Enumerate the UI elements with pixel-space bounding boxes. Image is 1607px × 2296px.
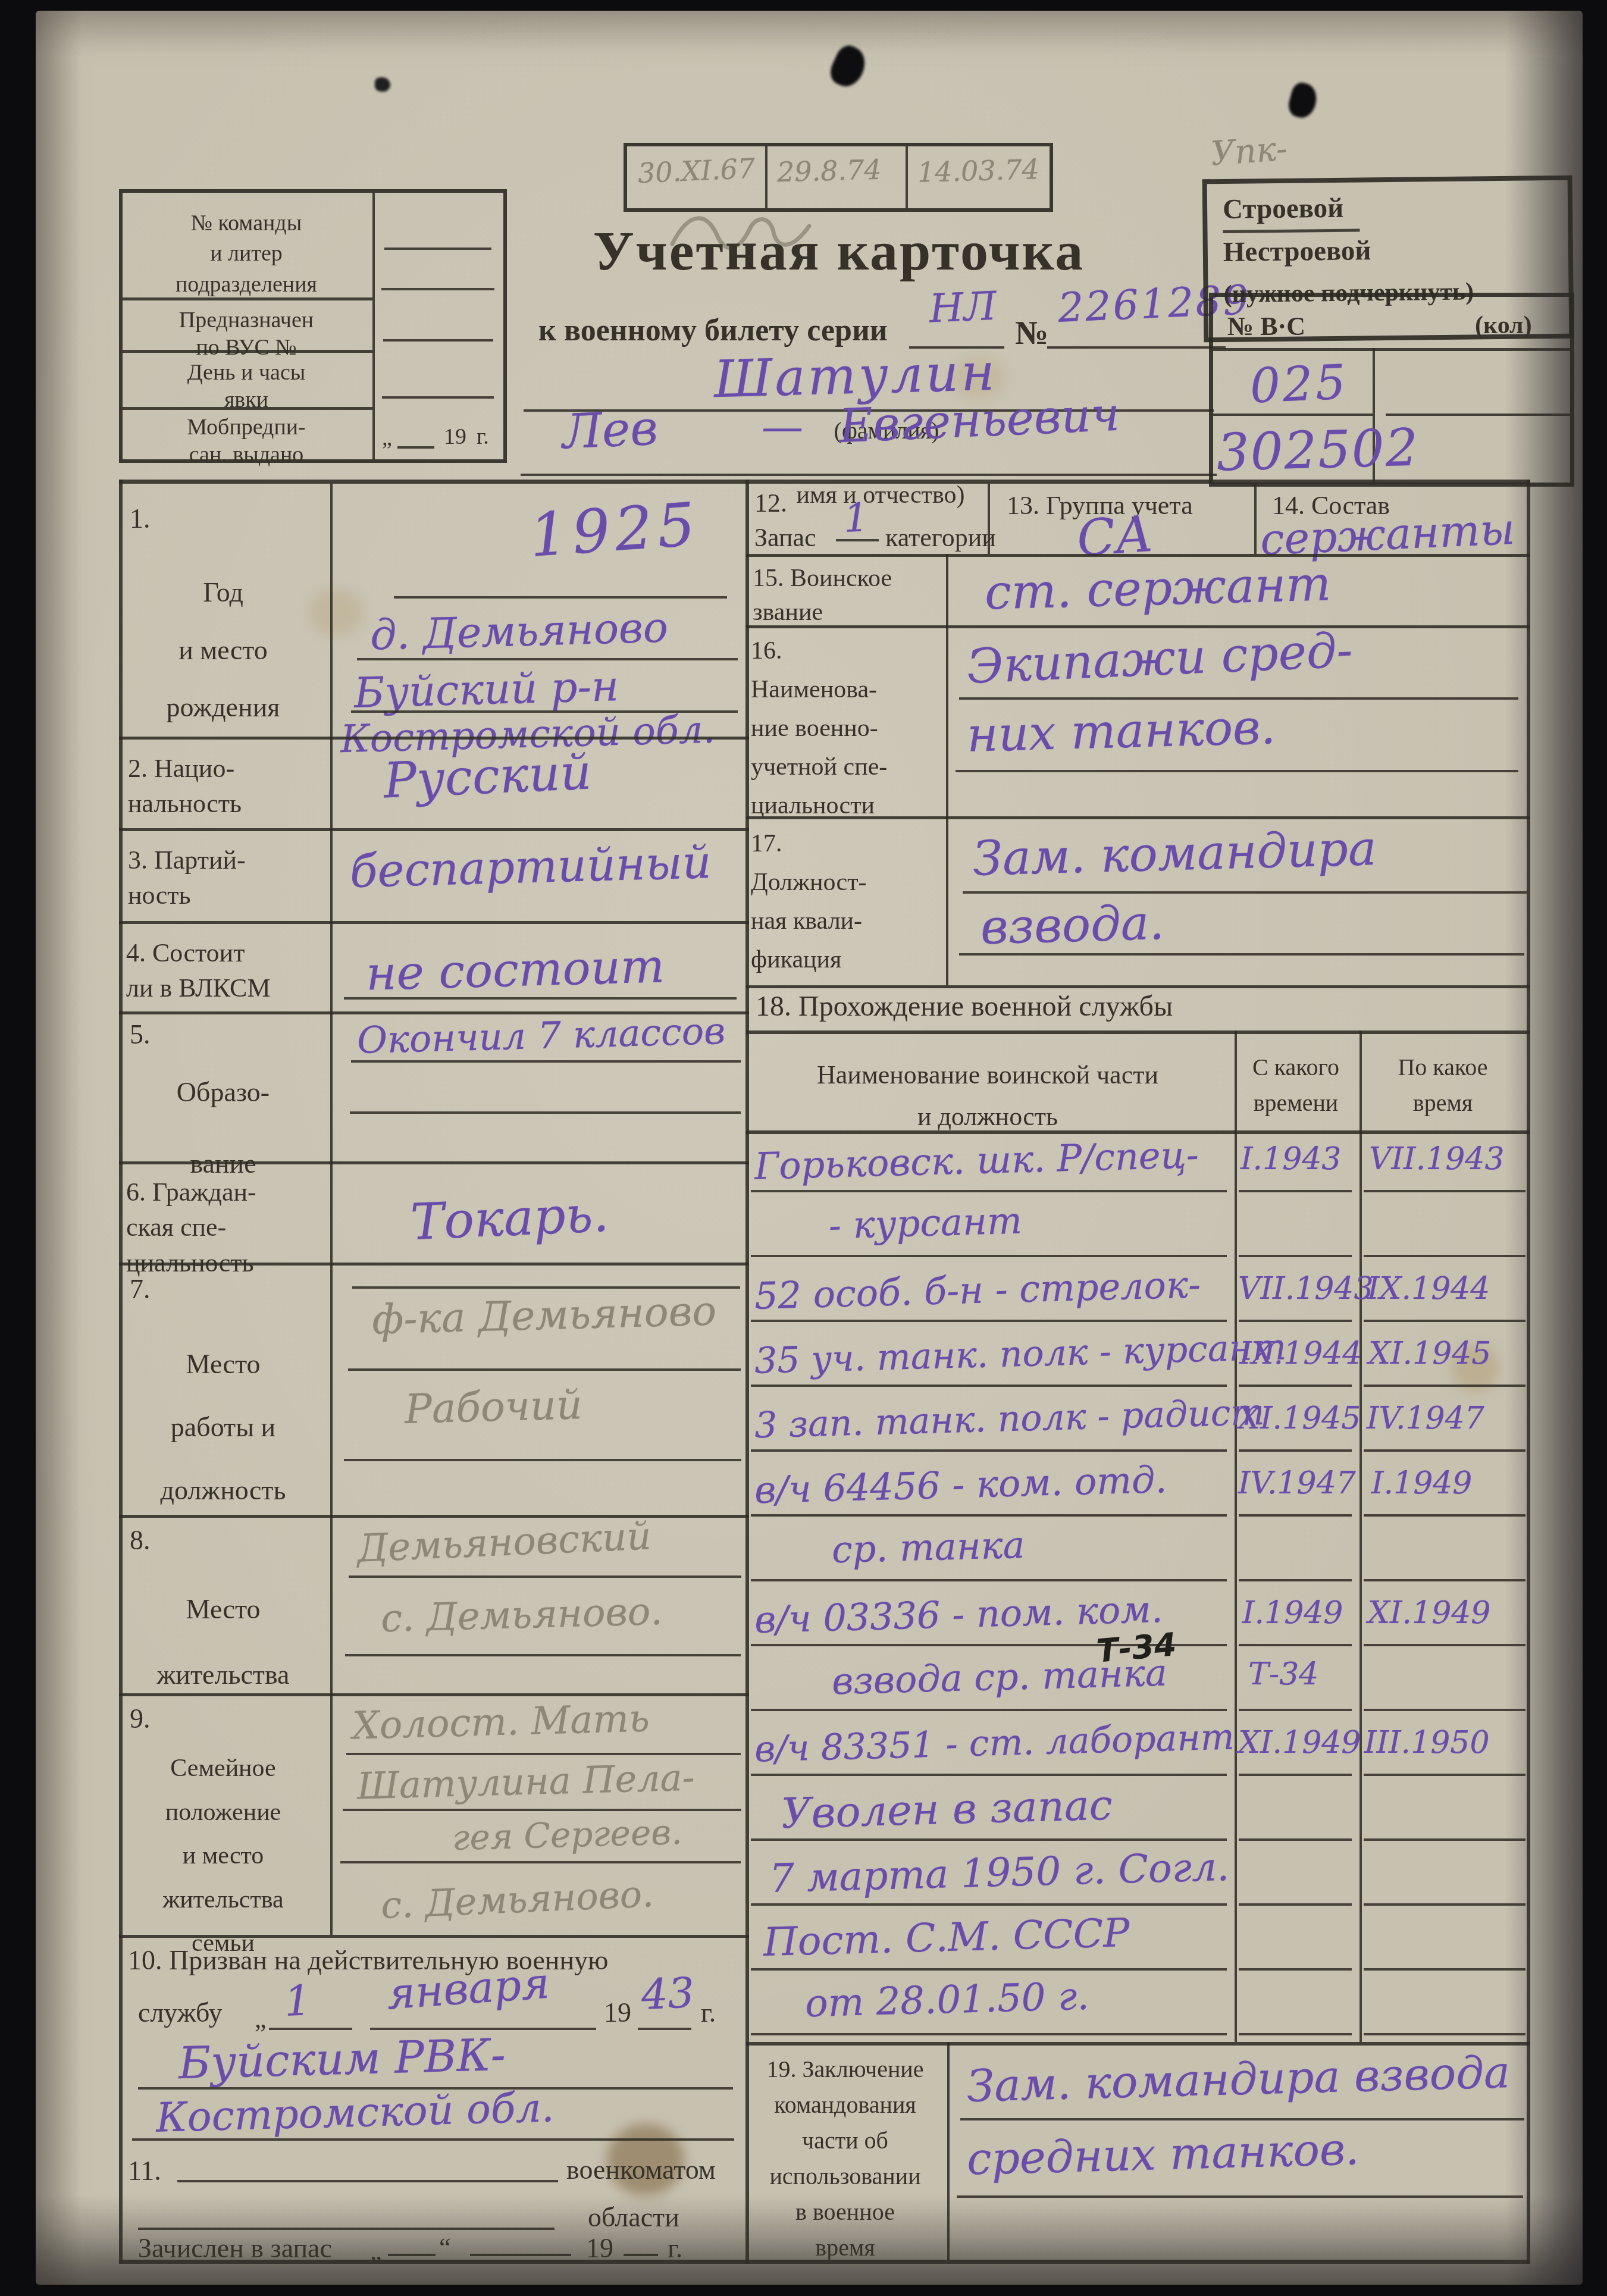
fill-line <box>344 1459 741 1461</box>
fill-line <box>344 997 737 1000</box>
conscription-g: г. <box>701 1997 716 2028</box>
table-top-border <box>119 480 1530 484</box>
service-row: Пост. С.М. СССР <box>745 1909 1530 1974</box>
reserve-enlisted-label: Зачислен в запас <box>138 2232 332 2264</box>
vs-value-1: 025 <box>1249 354 1349 414</box>
service-from: I.1949 <box>1242 1595 1343 1631</box>
field-1-number: 1. <box>130 503 151 534</box>
civil-specialty-value: Токарь. <box>409 1185 610 1251</box>
fill-line <box>350 1111 741 1114</box>
fill-line <box>959 697 1518 700</box>
series-value: НЛ <box>928 283 997 332</box>
t34-black-overwrite: Т-34 <box>1095 1625 1178 1669</box>
reserve-g: г. <box>668 2232 682 2264</box>
service-part: от 28.01.50 г. <box>804 1975 1089 2026</box>
row-border <box>745 985 1530 988</box>
field-1-label: Год и место рождения <box>131 564 315 737</box>
mob-order-label: Мобпредпи- сан. выдано <box>127 414 365 468</box>
fill-line <box>963 891 1527 894</box>
revision-date-3: 14.03.74 <box>917 153 1039 188</box>
field-7-number: 7. <box>130 1273 151 1305</box>
fill-line <box>959 953 1524 956</box>
specialty-value-line2: них танков. <box>966 699 1276 763</box>
service-row: 7 марта 1950 г. Согл. <box>745 1844 1530 1909</box>
fill-line <box>397 446 434 449</box>
fill-line <box>351 1060 741 1063</box>
service-row: ср. танка <box>745 1520 1530 1584</box>
service-from: I.1943 <box>1241 1141 1341 1177</box>
fill-line <box>383 339 493 342</box>
residence-line-2: с. Демьяново. <box>380 1590 663 1641</box>
service-part: Уволен в запас <box>781 1781 1113 1838</box>
fill-line <box>177 2180 558 2182</box>
service-to: IX.1944 <box>1367 1271 1490 1307</box>
fill-line <box>624 2254 658 2256</box>
military-rank-value: ст. сержант <box>984 556 1332 620</box>
fill-line <box>956 770 1518 772</box>
oblast-word: области <box>588 2201 679 2233</box>
service-row: 35 уч. танк. полк - курсант IX.1944 XI.1… <box>745 1325 1530 1390</box>
vlksm-value: не состоит <box>365 939 665 1001</box>
service-row: Горьковск. шк. Р/спец- I.1943 VII.1943 <box>745 1130 1530 1195</box>
page-title: Учетная карточка <box>571 219 1107 283</box>
row-border <box>119 1515 749 1518</box>
row-border <box>745 816 1530 819</box>
fill-line <box>381 288 494 290</box>
top-left-admin-box: № команды и литер подразделения Предназн… <box>119 189 507 463</box>
field-8-label: Место жительства <box>131 1577 315 1708</box>
service-to: VII.1943 <box>1369 1141 1505 1177</box>
divider <box>946 554 948 625</box>
fill-line <box>394 596 727 599</box>
voenkomat-word: военкоматом <box>566 2154 716 2185</box>
vs-header-left: № В·С <box>1227 311 1305 342</box>
vs-header-right: (кол) <box>1475 311 1532 340</box>
service-row: взвода ср. танка Т-34 Т-34 <box>745 1649 1530 1714</box>
fill-line <box>349 1575 741 1578</box>
team-number-label: № команды и литер подразделения <box>127 208 365 300</box>
service-part: 3 зап. танк. полк - радист <box>754 1392 1265 1446</box>
fill-line <box>348 1368 741 1371</box>
service-row: Уволен в запас <box>745 1779 1530 1844</box>
qualification-value-line1: Зам. командира <box>972 820 1377 887</box>
conscription-year: 43 <box>640 1968 696 2019</box>
stain <box>309 589 363 637</box>
service-part: 7 марта 1950 г. Согл. <box>769 1844 1230 1902</box>
workplace-value: ф-ка Демьяново <box>371 1288 717 1343</box>
field-11-number: 11. <box>128 2155 161 2187</box>
fill-line <box>384 248 491 250</box>
service-part: ср. танка <box>831 1523 1025 1571</box>
service-to: I.1949 <box>1371 1465 1472 1501</box>
fill-line <box>382 396 494 399</box>
fill-line <box>340 1861 741 1863</box>
field-9-number: 9. <box>130 1703 151 1734</box>
revision-date-1: 30.XI.67 <box>637 152 756 190</box>
divider <box>988 484 990 554</box>
staple-hole <box>375 77 390 92</box>
nestroevoy-option: Нестроевой <box>1223 234 1371 268</box>
fill-line <box>138 2228 555 2230</box>
service-row: от 28.01.50 г. <box>745 1974 1530 2038</box>
row-border <box>119 1935 749 1938</box>
row-border <box>1213 348 1570 351</box>
vus-label: Предназначен по ВУС № <box>127 307 365 361</box>
table-left-border <box>119 480 123 2264</box>
service-to: XI.1945 <box>1368 1336 1491 1371</box>
underline-mark <box>1223 228 1359 233</box>
field-16-label: 16. Наименова- ние военно- учетной спе- … <box>751 632 887 825</box>
service-from: XI.1949 <box>1238 1725 1361 1761</box>
field-2-label: 2. Нацио- нальность <box>128 751 242 822</box>
registration-card-page: № команды и литер подразделения Предназн… <box>0 0 1607 2296</box>
conscription-day: 1 <box>283 1976 312 2026</box>
fill-line <box>388 2254 436 2256</box>
service-col-from-header: С какого времени <box>1236 1050 1355 1121</box>
divider <box>946 816 948 985</box>
row-border <box>123 350 372 353</box>
day-hours-label: День и часы явки <box>127 359 365 414</box>
service-to: XI.1949 <box>1368 1595 1490 1631</box>
revision-date-2: 29.8.74 <box>776 154 882 189</box>
service-part: в/ч 64456 - ком. отд. <box>754 1458 1167 1512</box>
year-19: 19 <box>444 424 466 450</box>
service-to: IV.1947 <box>1367 1401 1484 1436</box>
conscription-rvk: Буйским РВК- <box>178 2029 506 2089</box>
service-part: - курсант <box>828 1199 1022 1247</box>
row-border <box>745 625 1530 628</box>
service-part: Пост. С.М. СССР <box>763 1910 1130 1965</box>
nationality-value: Русский <box>383 744 593 809</box>
firstname-value: Лев <box>561 400 659 460</box>
row-border <box>119 1693 749 1696</box>
number-sign: № <box>1015 314 1048 352</box>
fill-line <box>470 2254 571 2256</box>
service-row: в/ч 83351 - ст. лаборант XI.1949 III.195… <box>745 1714 1530 1779</box>
birth-year-value: 1925 <box>527 489 702 571</box>
stroevoy-option: Строевой <box>1223 192 1344 225</box>
birth-place-line-1: д. Демьяново <box>369 603 669 659</box>
birth-place-line-2: Буйский р-н <box>353 662 619 718</box>
service-table-top <box>745 1030 1530 1034</box>
quote-mark: „ <box>255 2004 267 2034</box>
pencil-note-upk: Упк- <box>1210 130 1289 174</box>
row-border <box>119 921 749 924</box>
field-8-number: 8. <box>130 1524 151 1556</box>
fill-line <box>521 474 1217 476</box>
account-group-value: СА <box>1075 505 1155 568</box>
service-row: - курсант <box>745 1195 1530 1260</box>
service-part: 52 особ. б-н - стрелок- <box>754 1263 1201 1318</box>
field-5-number: 5. <box>130 1019 151 1050</box>
reserve-category-label-a: Запас <box>754 522 816 553</box>
family-line-3: гея Сергеев. <box>452 1812 682 1858</box>
service-from: Т-34 <box>1248 1656 1318 1692</box>
fill-line <box>960 2118 1524 2120</box>
row-border <box>119 828 749 831</box>
field-19-label: 19. Заключение командования части об исп… <box>748 2051 942 2266</box>
wartime-use-line2: средних танков. <box>966 2123 1360 2185</box>
name-dash: — <box>762 402 803 451</box>
vs-number-box: № В·С (кол) 025 302502 <box>1209 293 1574 487</box>
fill-line <box>638 2028 691 2030</box>
service-from: IV.1947 <box>1238 1465 1356 1501</box>
fill-line <box>357 658 738 660</box>
service-section-heading: 18. Прохождение военной службы <box>756 990 1173 1023</box>
divider <box>372 193 375 459</box>
service-from: XI.1945 <box>1238 1401 1361 1436</box>
fill-line <box>1047 346 1226 349</box>
field-17-label: 17. Должност- ная квали- фикация <box>751 825 867 979</box>
row-border <box>1213 414 1373 416</box>
divider <box>906 146 908 208</box>
fill-line <box>345 1654 741 1656</box>
divider <box>1254 484 1257 554</box>
reserve-category-label-b: категории <box>885 522 996 553</box>
field-15-label: 15. Воинское звание <box>753 562 892 629</box>
section-19-top <box>745 2042 1530 2046</box>
service-to: III.1950 <box>1364 1725 1490 1761</box>
service-col-part-header: Наименование воинской части и должность <box>773 1054 1202 1138</box>
row-border <box>745 554 1530 557</box>
row-border <box>119 1263 749 1266</box>
divider <box>947 2042 950 2260</box>
service-part: 35 уч. танк. полк - курсант <box>754 1326 1286 1382</box>
quote-mark-close: “ <box>439 2232 451 2263</box>
label-value-divider <box>330 484 333 1935</box>
year-g: г. <box>477 424 489 450</box>
service-row: 52 особ. б-н - стрелок- VII.1943 IX.1944 <box>745 1260 1530 1325</box>
reserve-year-19: 19 <box>586 2232 613 2264</box>
field-4-label: 4. Состоит ли в ВЛКСМ <box>126 935 271 1006</box>
row-border <box>123 297 372 300</box>
field-7-label: Место работы и должность <box>131 1333 315 1521</box>
field-10-label-line2: службу <box>138 1997 223 2028</box>
service-row: в/ч 64456 - ком. отд. IV.1947 I.1949 <box>745 1455 1530 1520</box>
fill-line <box>343 1809 741 1811</box>
subtitle: к военному билету серии <box>538 313 888 348</box>
row-border <box>119 1161 749 1164</box>
service-part: в/ч 83351 - ст. лаборант <box>754 1716 1235 1770</box>
fill-line <box>957 2195 1523 2198</box>
field-3-label: 3. Партий- ность <box>128 842 246 913</box>
field-12-number: 12. <box>754 488 787 518</box>
fill-line <box>132 2138 734 2141</box>
field-9-label: Семейное положение и место жительства се… <box>128 1747 318 1966</box>
fill-line <box>836 539 879 541</box>
family-line-2: Шатулина Пела- <box>356 1756 695 1808</box>
family-line-1: Холост. Мать <box>352 1696 650 1748</box>
service-from: VII.1943 <box>1238 1271 1374 1307</box>
conscription-year-19: 19 <box>604 1997 631 2028</box>
row-border <box>119 737 749 740</box>
service-from: IX.1944 <box>1239 1336 1362 1371</box>
reserve-category-value: 1 <box>842 494 869 541</box>
vs-value-2: 302502 <box>1216 418 1420 483</box>
quote-mark: „ <box>382 425 392 451</box>
quote-mark: „ <box>370 2236 382 2266</box>
fill-line <box>269 2028 352 2030</box>
service-col-to-header: По какое время <box>1362 1050 1523 1121</box>
service-row: 3 зап. танк. полк - радист XI.1945 IV.19… <box>745 1390 1530 1455</box>
service-part: Горьковск. шк. Р/спец- <box>754 1133 1199 1188</box>
position-value: Рабочий <box>404 1382 583 1433</box>
divider <box>946 625 948 816</box>
row-border <box>123 407 372 410</box>
qualification-value-line2: взвода. <box>980 895 1165 955</box>
party-status-value: беспартийный <box>349 835 712 898</box>
row-border <box>1386 414 1570 416</box>
fill-line <box>346 1753 741 1755</box>
